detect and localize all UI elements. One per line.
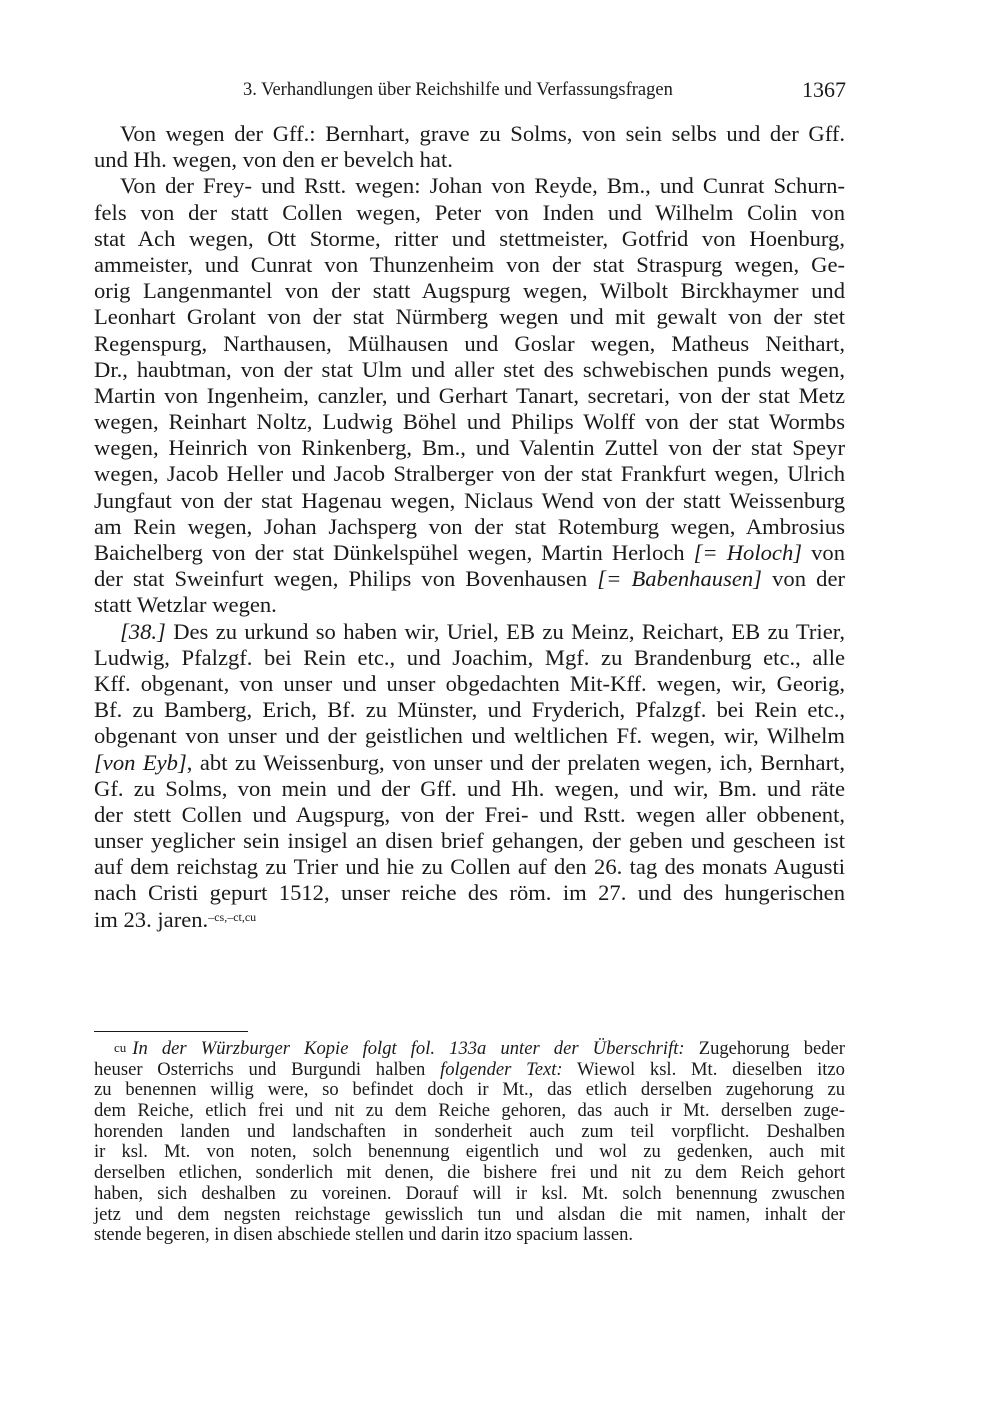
footnote-line: haben, sich deshalben zu voreinen. Dorau… [94,1184,845,1205]
footnote-line: ir ksl. Mt. von noten, solch benennung e… [94,1142,845,1163]
text-line: [38.] Des zu urkund so haben wir, Uriel,… [94,619,845,645]
text-line: der stat Sweinfurt wegen, Philips von Bo… [94,566,845,592]
footnote-reference: –cs,–ct,cu [208,910,256,924]
footnote-line: dem Reiche, etlich frei und nit zu dem R… [94,1101,845,1122]
text-line: Gf. zu Solms, von mein und der Gff. und … [94,776,845,802]
text-line: Jungfaut von der stat Hagenau wegen, Nic… [94,488,845,514]
editorial-note: [von Eyb] [94,750,187,775]
text-line: Von der Frey- und Rstt. wegen: Johan von… [94,173,845,199]
text-line: [von Eyb], abt zu Weissenburg, von unser… [94,750,845,776]
text-line: wegen, Heinrich von Rinkenberg, Bm., und… [94,435,845,461]
text-line: stat Ach wegen, Ott Storme, ritter und s… [94,226,845,252]
text-line: nach Cristi gepurt 1512, unser reiche de… [94,880,845,906]
text-line: im 23. jaren.–cs,–ct,cu [94,907,845,933]
footnote-line: jetz und dem negsten reichstage gewissli… [94,1205,845,1226]
editorial-note: [= Holoch] [694,540,802,565]
text-line: Martin von Ingenheim, canzler, und Gerha… [94,383,845,409]
text-line: Kff. obgenant, von unser und unser obged… [94,671,845,697]
main-text: Von wegen der Gff.: Bernhart, grave zu S… [94,121,845,933]
footnote-cu: cuIn der Würzburger Kopie folgt fol. 133… [94,1039,845,1246]
text-line: Dr., haubtman, von der stat Ulm und alle… [94,357,845,383]
text-line: und Hh. wegen, von den er bevelch hat. [94,147,845,173]
text-line: Ludwig, Pfalzgf. bei Rein etc., und Joac… [94,645,845,671]
footnote-separator [94,1031,248,1032]
text-line: Von wegen der Gff.: Bernhart, grave zu S… [94,121,845,147]
running-header: 3. Verhandlungen über Reichshilfe und Ve… [243,80,846,108]
text-line: ammeister, und Cunrat von Thunzenheim vo… [94,252,845,278]
text-line: Baichelberg von der stat Dünkelspühel we… [94,540,845,566]
text-line: am Rein wegen, Johan Jachsperg von der s… [94,514,845,540]
page-number: 1367 [802,77,846,103]
text-line: Bf. zu Bamberg, Erich, Bf. zu Münster, u… [94,697,845,723]
text-line: der stett Collen und Augspurg, von der F… [94,802,845,828]
footnote-line: horenden landen und landschaften in sond… [94,1122,845,1143]
text-line: Regenspurg, Narthausen, Mülhausen und Go… [94,331,845,357]
text-line: statt Wetzlar wegen. [94,592,845,618]
footnote-line: cuIn der Würzburger Kopie folgt fol. 133… [94,1039,845,1060]
footnote-line: stende begeren, in disen abschiede stell… [94,1225,845,1246]
text-line: wegen, Reinhart Noltz, Ludwig Böhel und … [94,409,845,435]
text-line: auf dem reichstag zu Trier und hie zu Co… [94,854,845,880]
text-line: unser yeglicher sein insigel an disen br… [94,828,845,854]
text-line: orig Langenmantel von der statt Augspurg… [94,278,845,304]
editorial-note: [= Babenhausen] [597,566,762,591]
footnote-line: derselben etlichen, sonderlich mit denen… [94,1163,845,1184]
footnote-marker: cu [114,1040,126,1055]
text-line: fels von der statt Collen wegen, Peter v… [94,200,845,226]
text-line: wegen, Jacob Heller und Jacob Stralberge… [94,461,845,487]
text-line: obgenant von unser und der geistlichen u… [94,723,845,749]
section-number: [38.] [120,619,166,644]
footnote-line: zu benennen willig were, so befindet doc… [94,1080,845,1101]
footnote-line: heuser Osterrichs und Burgundi halben fo… [94,1060,845,1081]
text-line: Leonhart Grolant von der stat Nürmberg w… [94,304,845,330]
running-title: 3. Verhandlungen über Reichshilfe und Ve… [243,80,673,101]
